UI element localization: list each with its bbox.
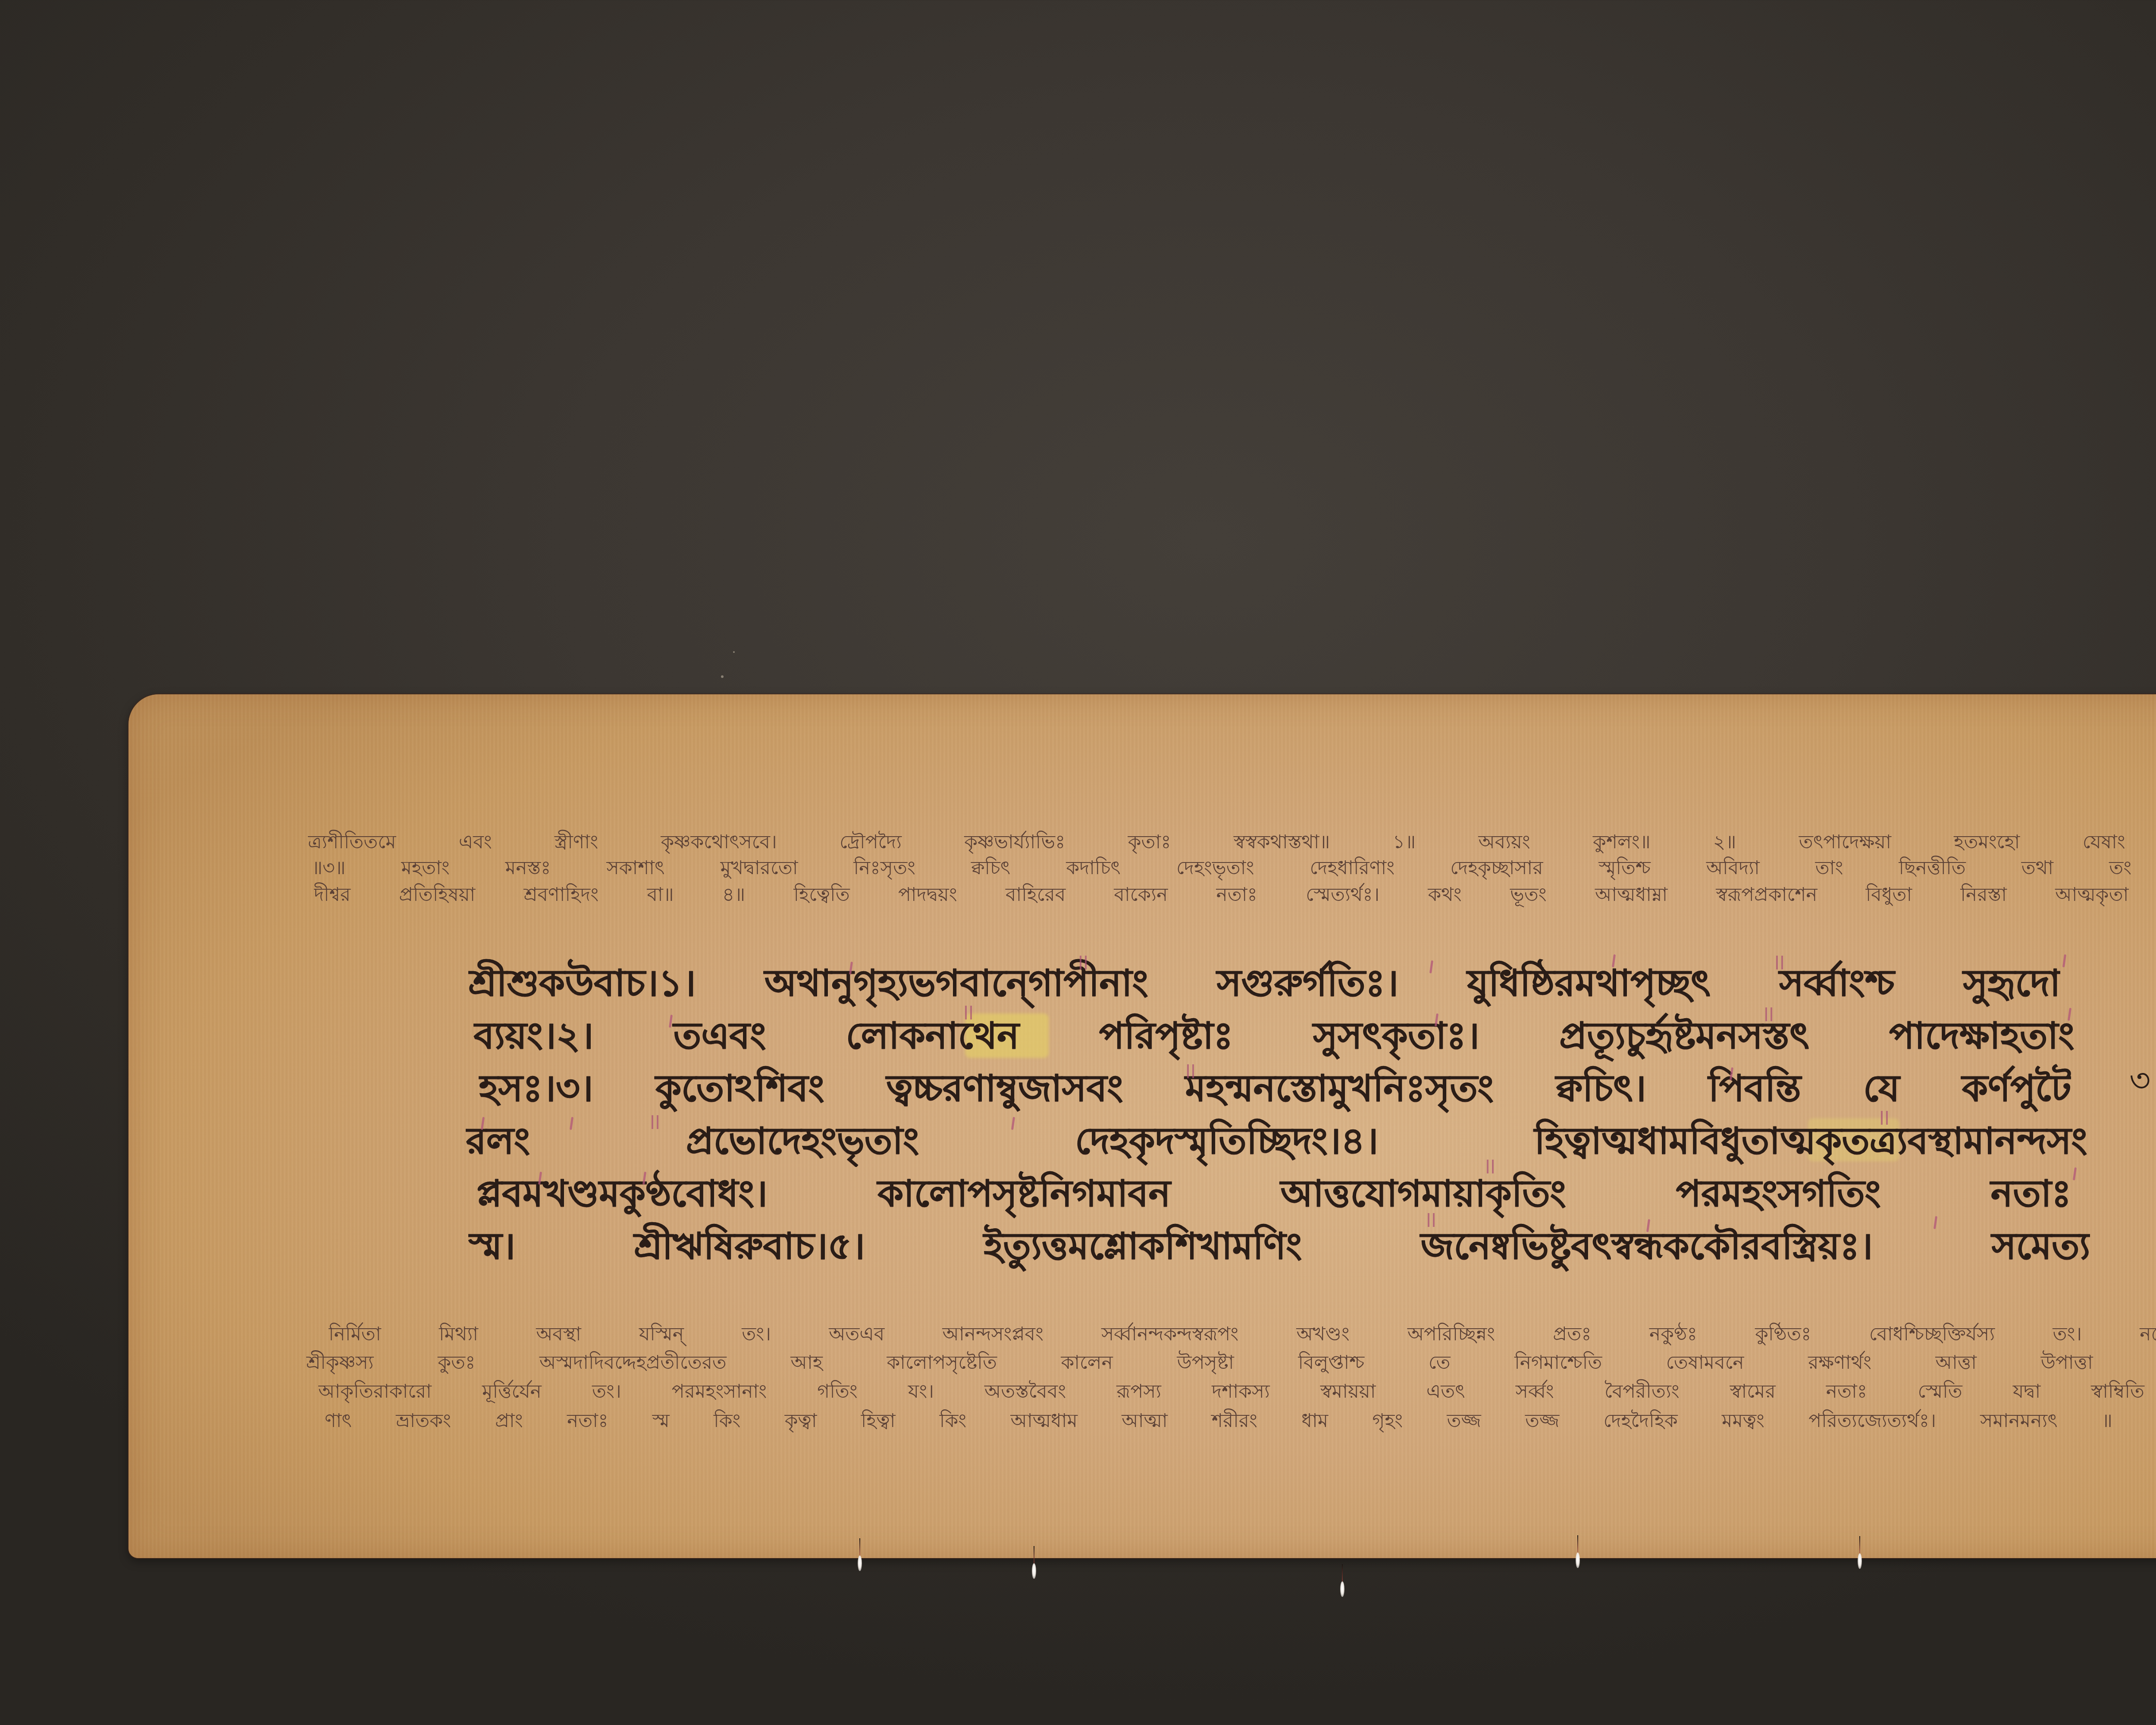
- mounting-pin: [1576, 1552, 1580, 1568]
- commentary-bottom-line-3: আকৃতিরাকারো মূর্ত্তির্যেন তং। পরমহংসানাং…: [318, 1379, 2156, 1405]
- main-text-line-6: স্ম। শ্রীঋষিরুবাচ।৫। ইত্যুত্তমশ্লোকশিখাম…: [468, 1220, 2090, 1272]
- main-text-line-5: প্লবমখণ্ডমকুণ্ঠবোধং। কালোপসৃষ্টনিগমাবন আ…: [476, 1168, 2071, 1220]
- main-text-line-2: ব্যয়ং।২। তএবং লোকনাথেন পরিপৃষ্টাঃ সুসৎক…: [473, 1010, 2074, 1062]
- red-ink-mark: [1080, 956, 1087, 969]
- commentary-bottom-line-4: ণাৎ ভ্রাতকং প্রাং নতাঃ স্ম কিং কৃত্বা হি…: [325, 1408, 2156, 1434]
- red-ink-mark: [2073, 1167, 2077, 1180]
- commentary-top-line-1: ত্র্যশীতিতমে এবং স্ত্রীণাং কৃষ্ণকথোৎসবে।…: [308, 829, 2156, 855]
- commentary-bottom-line-1: নির্মিতা মিথ্যা অবস্থা যস্মিন্ তং। অতএব …: [329, 1321, 2156, 1347]
- main-text-line-1: শ্রীশুকউবাচ।১। অথানুগৃহ্যভগবান্গোপীনাং স…: [468, 957, 2060, 1009]
- red-ink-mark: [1428, 1213, 1435, 1227]
- mounting-pin: [858, 1556, 862, 1571]
- red-ink-mark: [2062, 954, 2066, 967]
- commentary-bottom-line-2: শ্রীকৃষ্ণস্য কুতঃ অস্মদাদিবদ্দেহপ্রতীতের…: [306, 1350, 2156, 1376]
- commentary-top-line-3: দীশ্বর প্রতিহিষয়া শ্রবণাহিদং বা॥ ৪॥ হিত…: [314, 882, 2156, 908]
- commentary-top-line-2: ॥৩॥ মহতাং মনস্তঃ সকাশাৎ মুখদ্বারতো নিঃসৃ…: [312, 855, 2156, 881]
- red-ink-mark: [1487, 1160, 1494, 1173]
- mounting-pin: [1340, 1581, 1344, 1597]
- red-ink-mark: [1881, 1111, 1888, 1125]
- dust-speck: [733, 651, 735, 653]
- main-text-line-3: হসঃ।৩। কুতোঽশিবং ত্বচ্চরণাম্বুজাসবং মহন্…: [479, 1063, 2071, 1114]
- folio-number: ৩০৯: [2129, 1059, 2156, 1102]
- mounting-pin: [1858, 1553, 1862, 1569]
- dust-speck: [721, 675, 724, 678]
- red-ink-mark: [1776, 956, 1783, 969]
- main-text-line-4: রলং প্রভোদেহংভৃতাং দেহকৃদস্মৃতিচ্ছিদং।৪।…: [466, 1115, 2087, 1167]
- mounting-pin: [1032, 1563, 1036, 1579]
- red-ink-mark: [652, 1115, 658, 1129]
- manuscript-folio: ত্র্যশীতিতমে এবং স্ত্রীণাং কৃষ্ণকথোৎসবে।…: [128, 694, 2156, 1558]
- red-ink-mark: [1187, 1064, 1194, 1078]
- red-ink-mark: [1765, 1007, 1772, 1021]
- red-ink-mark: [965, 1006, 972, 1019]
